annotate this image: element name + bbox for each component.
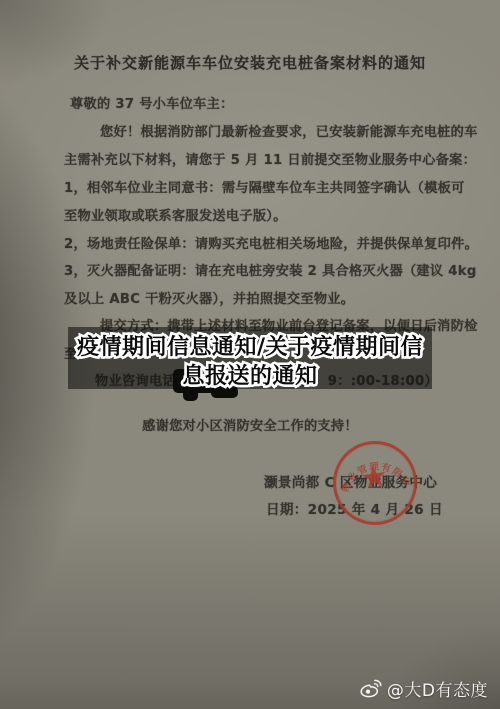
doc-line-2: 主需补充以下材料，请您于 5 月 11 日前提交至物业服务中心备案： xyxy=(64,152,476,170)
svg-text:物业管理有限公司: 物业管理有限公司 xyxy=(328,436,414,501)
watermark-handle: @大D有态度 xyxy=(387,676,488,701)
doc-line-4: 至物业领取或联系客服发送电子版）。 xyxy=(64,208,287,226)
stamp-arc-text: 物业管理有限公司 xyxy=(328,436,414,501)
salutation-line: 尊敬的 37 号小车位车主： xyxy=(70,96,234,114)
doc-line-1: 您好！根据消防部门最新检查要求，已安装新能源车充电桩的车 xyxy=(100,124,478,142)
stamp-arc: 物业管理有限公司 xyxy=(328,436,423,531)
weibo-icon xyxy=(360,679,382,698)
thanks-line: 感谢您对小区消防安全工作的支持！ xyxy=(0,418,500,436)
doc-line-7: 及以上 ABC 干粉灭火器），并拍照提交至物业。 xyxy=(64,291,354,309)
doc-line-6: 3，灭火器配备证明：请在充电桩旁安装 2 具合格灭火器（建议 4kg xyxy=(64,263,477,281)
notice-title: 关于补交新能源车车位安装充电桩备案材料的通知 xyxy=(0,54,500,72)
official-stamp: ★ 物业管理有限公司 xyxy=(328,436,423,531)
doc-line-3: 1，相邻车位业主同意书：需与隔壁车位车主共同签字确认（模板可 xyxy=(64,180,465,198)
caption-line-2: 息报送的通知 xyxy=(68,359,432,390)
watermark: @大D有态度 xyxy=(360,676,488,701)
photographed-notice: 关于补交新能源车车位安装充电桩备案材料的通知 尊敬的 37 号小车位车主： 您好… xyxy=(0,0,500,709)
caption-line-1: 疫情期间信息通知/关于疫情期间信 xyxy=(68,330,432,361)
doc-line-5: 2，场地责任险保单：请购买充电桩相关场地险，并提供保单复印件。 xyxy=(64,236,478,254)
